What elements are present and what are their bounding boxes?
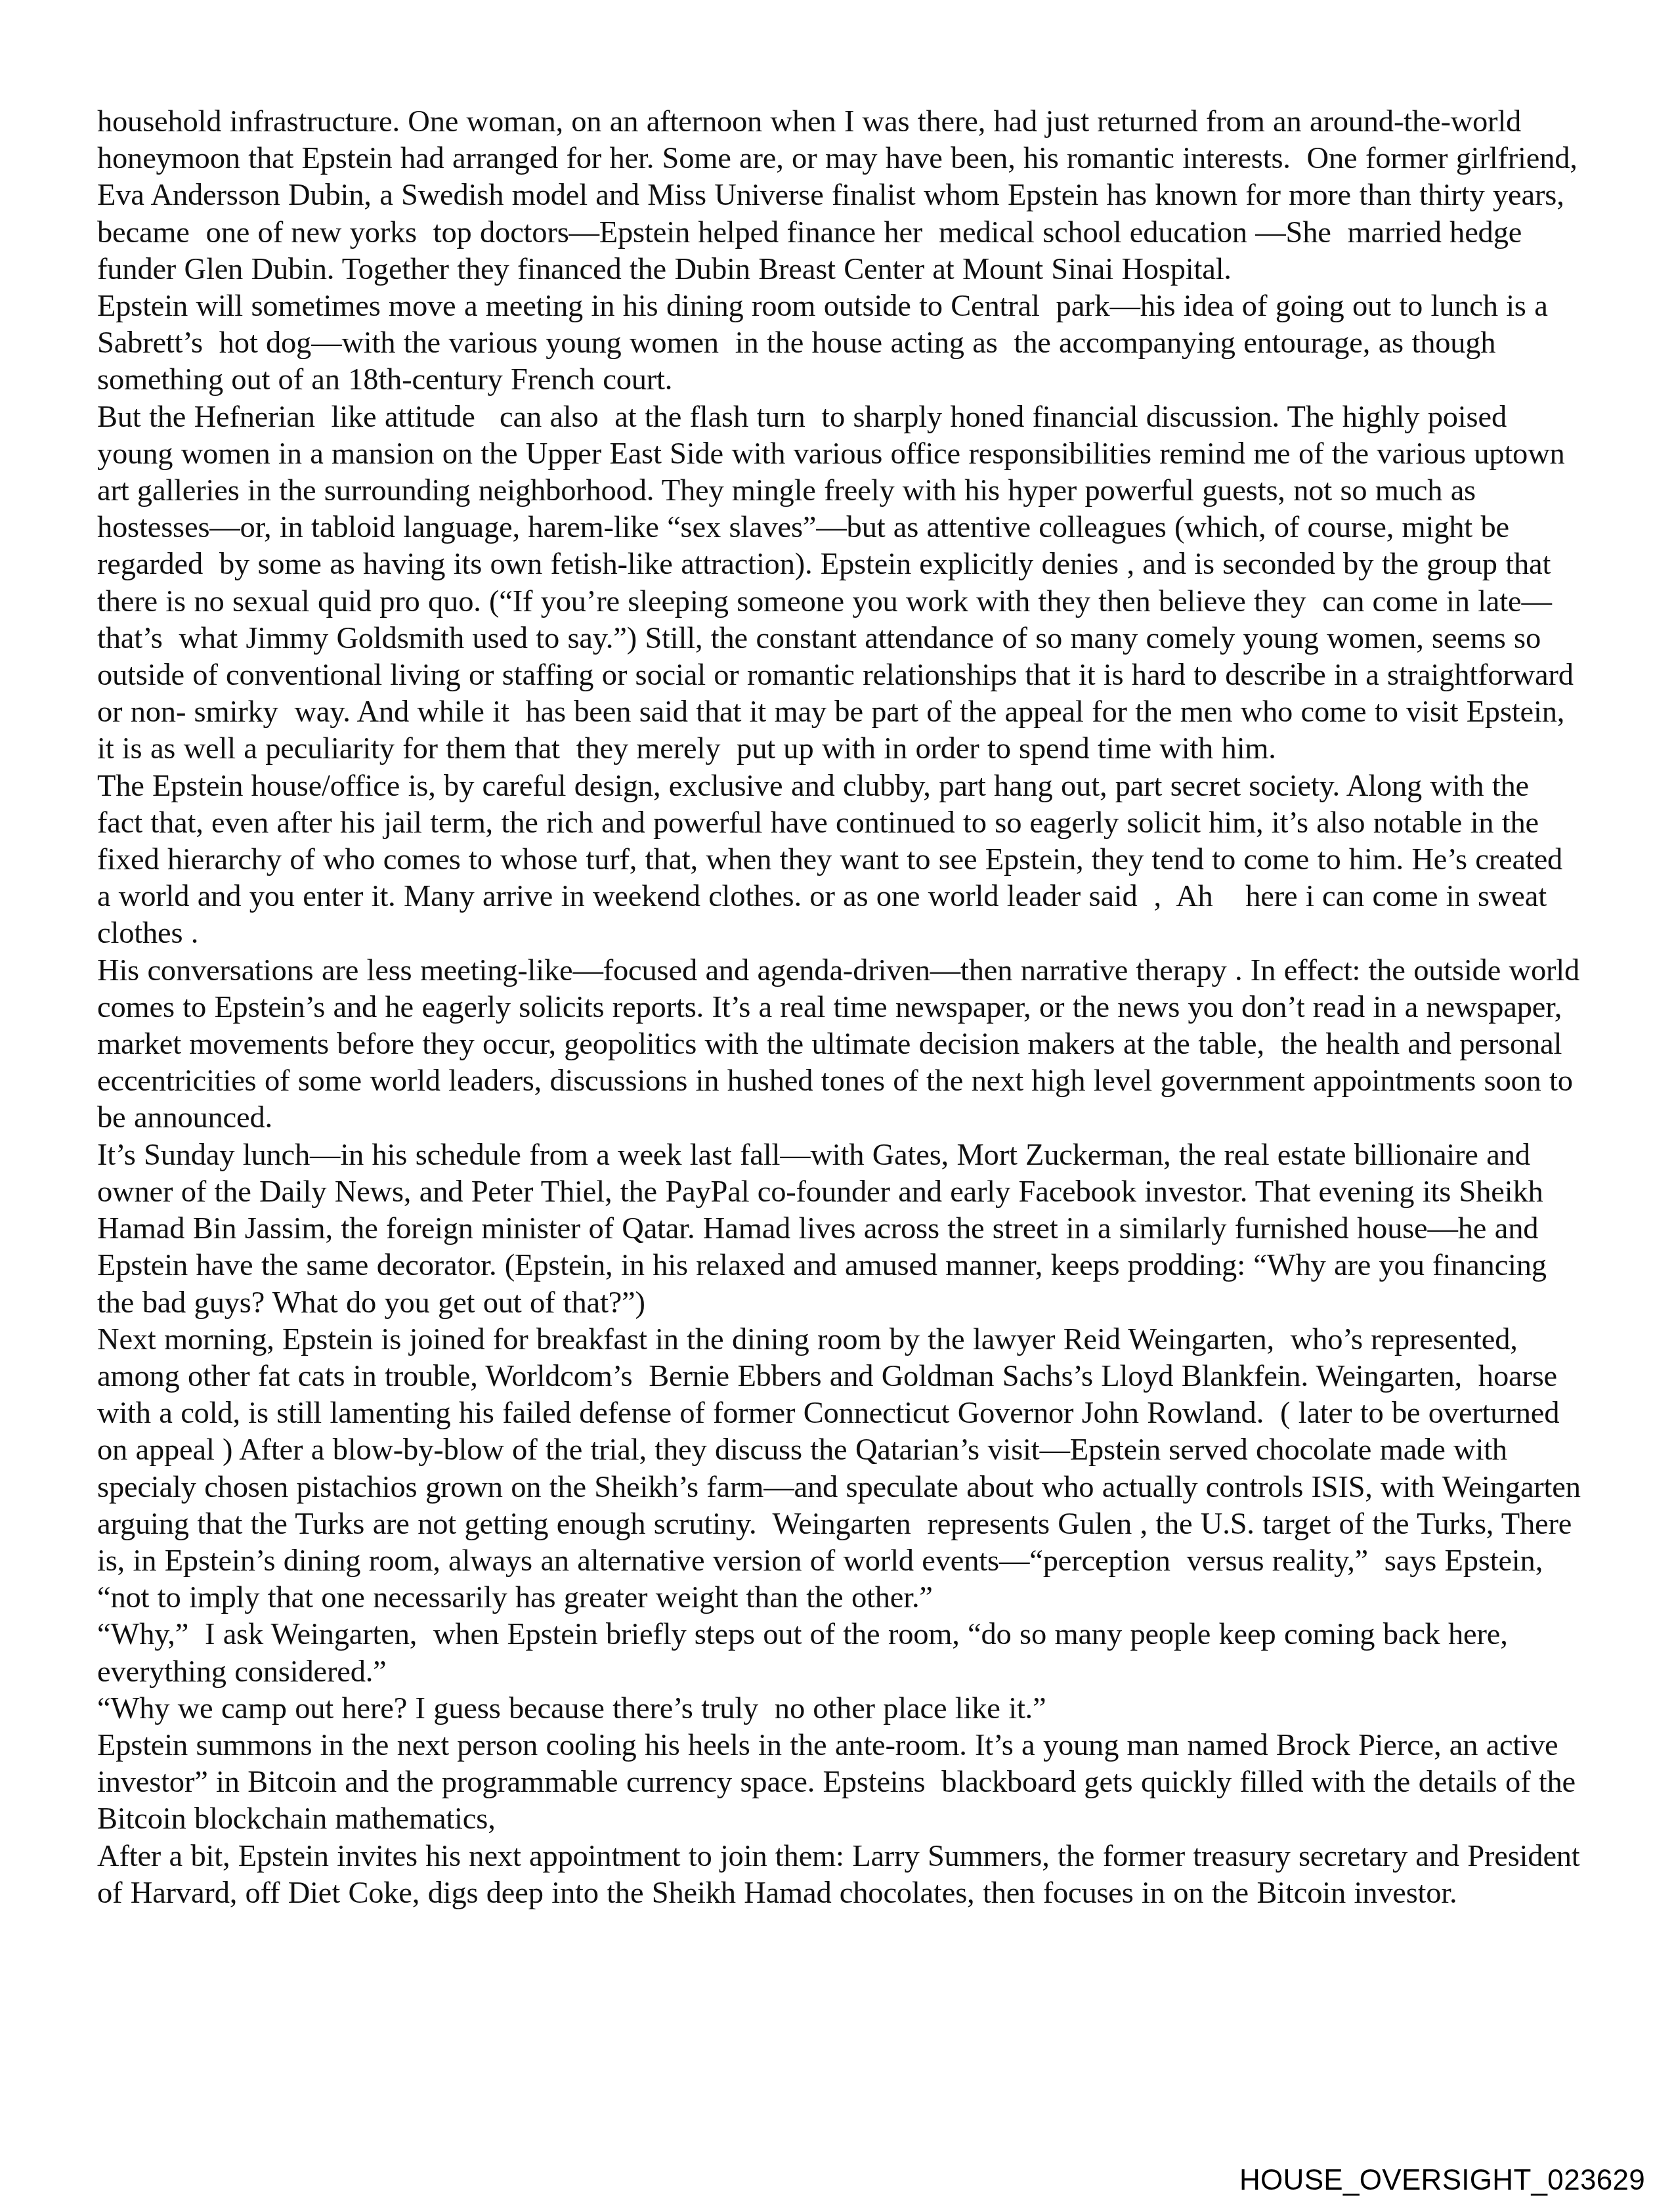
paragraph-brock-pierce: Epstein summons in the next person cooli… <box>97 1727 1581 1838</box>
paragraph-larry-summers: After a bit, Epstein invites his next ap… <box>97 1838 1581 1912</box>
paragraph-hefnerian-attitude: But the Hefnerian like attitude can also… <box>97 399 1581 768</box>
paragraph-next-morning: Next morning, Epstein is joined for brea… <box>97 1322 1581 1617</box>
paragraph-sunday-lunch: It’s Sunday lunch—in his schedule from a… <box>97 1137 1581 1322</box>
document-body: household infrastructure. One woman, on … <box>97 104 1581 1912</box>
paragraph-why-answer: “Why we camp out here? I guess because t… <box>97 1691 1581 1727</box>
paragraph-why-question: “Why,” I ask Weingarten, when Epstein br… <box>97 1616 1581 1690</box>
paragraph-conversations: His conversations are less meeting-like—… <box>97 953 1581 1137</box>
paragraph-household-infrastructure: household infrastructure. One woman, on … <box>97 104 1581 288</box>
bates-stamp: HOUSE_OVERSIGHT_023629 <box>1239 2164 1645 2197</box>
paragraph-house-office: The Epstein house/office is, by careful … <box>97 768 1581 953</box>
paragraph-central-park: Epstein will sometimes move a meeting in… <box>97 288 1581 399</box>
